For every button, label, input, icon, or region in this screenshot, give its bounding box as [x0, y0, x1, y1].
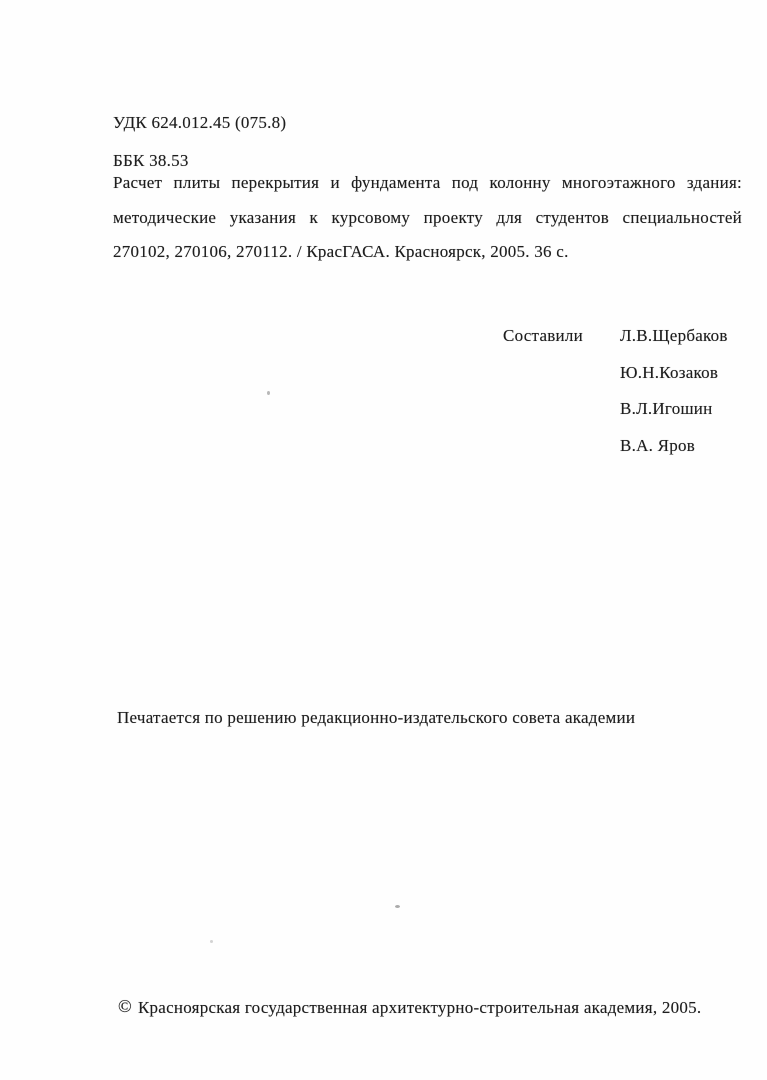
annotation-line-2: методические указания к курсовому проект… [113, 207, 742, 229]
print-approval-note: Печатается по решению редакционно-издате… [117, 707, 635, 729]
annotation-line-1: Расчет плиты перекрытия и фундамента под… [113, 172, 742, 194]
compiler-name: В.А. Яров [620, 435, 695, 457]
copyright-icon: © [118, 995, 132, 1017]
scan-speckle [395, 905, 400, 908]
scan-speckle [210, 940, 213, 943]
compiler-name: В.Л.Игошин [620, 398, 712, 420]
compilers-label: Составили [503, 325, 583, 347]
compiler-name: Л.В.Щербаков [620, 325, 728, 347]
udc-code: УДК 624.012.45 (075.8) [113, 112, 286, 134]
compiler-name: Ю.Н.Козаков [620, 362, 718, 384]
bbk-code: ББК 38.53 [113, 150, 189, 172]
scan-speckle [267, 391, 270, 395]
scanned-document-page: УДК 624.012.45 (075.8) ББК 38.53 Расчет … [0, 0, 767, 1080]
copyright-line: ©Красноярская государственная архитектур… [118, 996, 701, 1019]
annotation-line-3: 270102, 270106, 270112. / КрасГАСА. Крас… [113, 241, 569, 263]
copyright-text: Красноярская государственная архитектурн… [138, 998, 701, 1017]
